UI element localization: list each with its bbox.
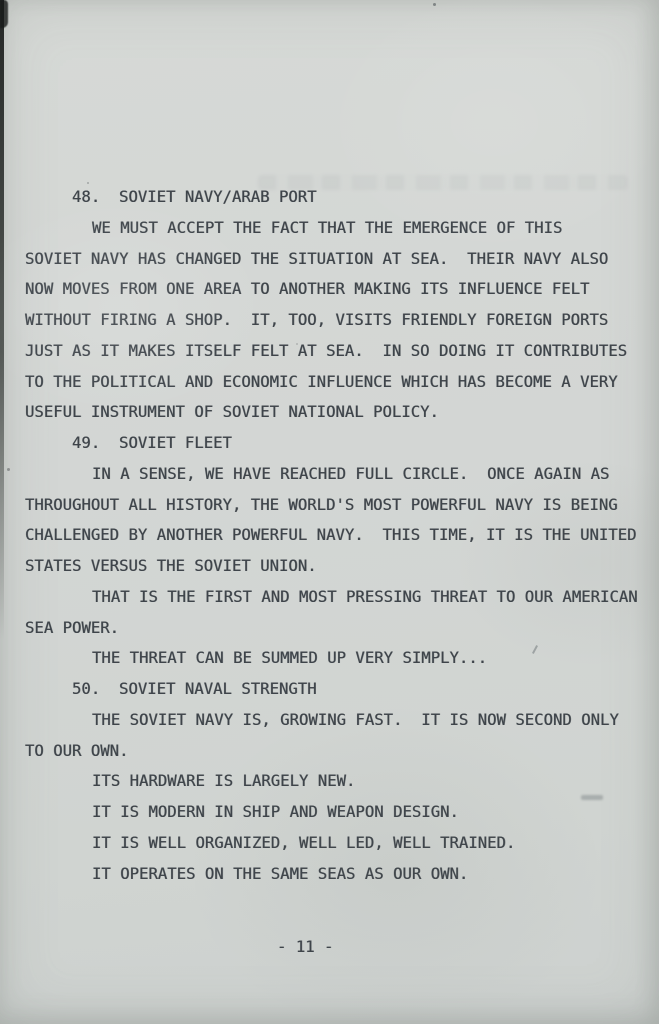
text-line: SEA POWER.	[25, 618, 119, 638]
text-line: NOW MOVES FROM ONE AREA TO ANOTHER MAKIN…	[25, 279, 590, 299]
page-number: - 11 -	[277, 937, 333, 957]
paper-speck	[433, 3, 436, 6]
text-line: IT IS WELL ORGANIZED, WELL LED, WELL TRA…	[92, 833, 515, 853]
text-line: 48. SOVIET NAVY/ARAB PORT	[72, 187, 317, 207]
text-line: IT OPERATES ON THE SAME SEAS AS OUR OWN.	[92, 864, 468, 884]
text-line: WE MUST ACCEPT THE FACT THAT THE EMERGEN…	[92, 218, 562, 238]
text-line: THE THREAT CAN BE SUMMED UP VERY SIMPLY.…	[92, 648, 487, 668]
text-line: THE SOVIET NAVY IS, GROWING FAST. IT IS …	[92, 710, 619, 730]
text-line: ITS HARDWARE IS LARGELY NEW.	[92, 771, 355, 791]
scan-edge-shadow	[0, 0, 4, 640]
text-line: JUST AS IT MAKES ITSELF FELT AT SEA. IN …	[25, 341, 627, 361]
text-line: STATES VERSUS THE SOVIET UNION.	[25, 556, 317, 576]
scanned-document-page: 48. SOVIET NAVY/ARAB PORTWE MUST ACCEPT …	[0, 0, 659, 1024]
text-line: IT IS MODERN IN SHIP AND WEAPON DESIGN.	[92, 802, 459, 822]
text-line: IN A SENSE, WE HAVE REACHED FULL CIRCLE.…	[92, 464, 609, 484]
text-line: WITHOUT FIRING A SHOP. IT, TOO, VISITS F…	[25, 310, 608, 330]
text-line: TO OUR OWN.	[25, 741, 129, 761]
stray-pen-tick	[532, 645, 538, 654]
paper-smudge	[581, 795, 603, 800]
text-line: THROUGHOUT ALL HISTORY, THE WORLD'S MOST…	[25, 495, 618, 515]
paper-speck	[7, 468, 10, 471]
text-line: USEFUL INSTRUMENT OF SOVIET NATIONAL POL…	[25, 402, 439, 422]
paper-speck	[87, 182, 89, 184]
text-line: 49. SOVIET FLEET	[72, 433, 232, 453]
text-line: TO THE POLITICAL AND ECONOMIC INFLUENCE …	[25, 372, 618, 392]
scan-edge-corner	[0, 0, 8, 28]
text-line: SOVIET NAVY HAS CHANGED THE SITUATION AT…	[25, 249, 608, 269]
text-line: CHALLENGED BY ANOTHER POWERFUL NAVY. THI…	[25, 525, 637, 545]
paper-speck	[296, 343, 298, 345]
text-line: THAT IS THE FIRST AND MOST PRESSING THRE…	[92, 587, 638, 607]
text-line: 50. SOVIET NAVAL STRENGTH	[72, 679, 317, 699]
